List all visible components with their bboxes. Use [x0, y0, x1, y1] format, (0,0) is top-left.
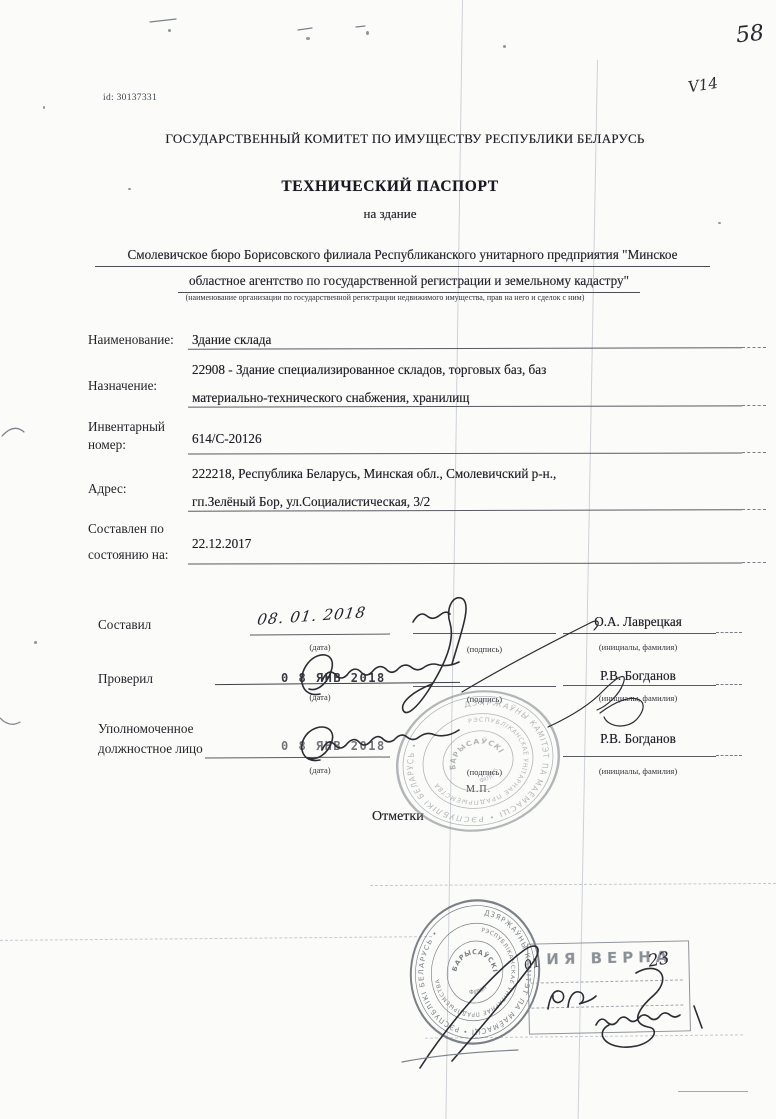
- vertical-crease-left: [445, 0, 463, 1119]
- checker-name: Р.В. Богданов: [563, 668, 713, 684]
- horizontal-crease-bottom: [425, 1034, 743, 1038]
- signature-compiler: [413, 612, 450, 622]
- signature-role-checker: Проверил: [98, 671, 153, 687]
- speck: [503, 45, 506, 48]
- document-id: id: 30137331: [103, 93, 157, 103]
- field-label-inventory-line1: Инвентарный: [88, 419, 165, 435]
- signature-rule: [413, 633, 556, 634]
- margin-mark-upper: [2, 428, 24, 436]
- field-rule: [188, 347, 742, 349]
- svg-text:ФІЛІЯЛ: ФІЛІЯЛ: [468, 983, 488, 999]
- field-label-compiled-line2: состоянию на:: [88, 547, 168, 563]
- speck: [43, 106, 45, 109]
- horizontal-crease-left: [0, 936, 432, 941]
- name-rule-dash: [716, 755, 742, 756]
- organization-name-line2: областное агентство по государственной р…: [178, 273, 640, 293]
- caption-signature: (подпись): [413, 694, 556, 704]
- svg-text:РЭСПУБЛІКАНСКАЕ УНІТАРНАЕ ПРАД: РЭСПУБЛІКАНСКАЕ УНІТАРНАЕ ПРАДПРЫЕМСТВА: [430, 922, 522, 1023]
- field-value-purpose-line2: материально-технического снабжения, хран…: [192, 390, 469, 406]
- svg-text:БАРЫСАЎСКІ: БАРЫСАЎСКІ: [451, 944, 502, 979]
- field-value-address-line2: гп.Зелёный Бор, ул.Социалистическая, 3/2: [192, 494, 430, 510]
- seal-placeholder-mp: М.П.: [466, 784, 491, 795]
- faint-underline-bottom: [402, 1050, 518, 1062]
- document-subtitle: на здание: [0, 206, 776, 222]
- horizontal-crease-right: [370, 883, 776, 886]
- caption-initials: (инициалы, фамилия): [563, 693, 713, 703]
- field-rule-dash: [742, 347, 766, 348]
- margin-mark-lower: [0, 718, 20, 724]
- field-value-purpose-line1: 22908 - Здание специализированное складо…: [192, 362, 546, 378]
- official-name: Р.В. Богданов: [563, 731, 713, 747]
- field-value-address-line1: 222218, Республика Беларусь, Минская обл…: [192, 466, 556, 482]
- caption-initials: (инициалы, фамилия): [563, 642, 713, 652]
- name-rule: [563, 633, 716, 634]
- caption-initials: (инициалы, фамилия): [563, 766, 713, 776]
- field-rule: [188, 453, 742, 455]
- name-rule-dash: [716, 684, 742, 685]
- bottom-right-line: [678, 1091, 748, 1092]
- caption-signature: (подпись): [413, 767, 556, 777]
- organization-caption: (наименование организации по государстве…: [60, 293, 710, 302]
- handwriting-surname-cross: [694, 1006, 702, 1028]
- date-rule: [250, 634, 390, 636]
- field-value-inventory: 614/С-20126: [192, 431, 262, 447]
- handwritten-number: 23: [646, 948, 671, 971]
- speck: [34, 641, 37, 644]
- caption-date: (дата): [250, 642, 390, 652]
- field-value-name: Здание склада: [192, 332, 271, 348]
- speck: [718, 222, 721, 224]
- field-rule: [188, 405, 742, 407]
- handwritten-folio-mark: V14: [687, 74, 719, 96]
- top-edge-smudges: [150, 19, 365, 30]
- caption-date: (дата): [250, 765, 390, 775]
- handwritten-page-number: 58: [735, 21, 765, 49]
- field-rule-dash: [742, 509, 766, 510]
- field-rule-dash: [742, 405, 766, 406]
- copy-stamp-rule: [531, 979, 683, 983]
- field-rule-dash: [742, 562, 766, 563]
- committee-title: ГОСУДАРСТВЕННЫЙ КОМИТЕТ ПО ИМУЩЕСТВУ РЕС…: [60, 131, 750, 147]
- speck: [366, 31, 369, 35]
- date-stamp-official: 0 8 ЯНВ 2018: [281, 739, 386, 753]
- document-title: ТЕХНИЧЕСКИЙ ПАСПОРТ: [0, 178, 776, 196]
- marks-section-title: Отметки: [372, 809, 424, 825]
- signature-role-official-line2: должностное лицо: [98, 741, 203, 757]
- date-rule: [205, 757, 390, 759]
- svg-text:РЭСПУБЛІКАНСКАЕ УНІТАРНАЕ ПРАД: РЭСПУБЛІКАНСКАЕ УНІТАРНАЕ ПРАДПРЫЕМСТВА: [419, 706, 538, 815]
- copy-stamp-rule: [531, 1004, 683, 1008]
- field-value-compiled-date: 22.12.2017: [192, 536, 251, 552]
- field-label-purpose: Назначение:: [88, 378, 157, 394]
- caption-date: (дата): [250, 692, 390, 702]
- field-label-compiled-line1: Составлен по: [88, 521, 164, 537]
- name-rule: [563, 685, 716, 686]
- signature-rule: [413, 686, 556, 687]
- field-rule: [188, 509, 742, 511]
- field-label-address: Адрес:: [88, 481, 127, 497]
- field-rule-dash: [742, 452, 766, 453]
- handwritten-date-compiler: 08. 01. 2018: [256, 603, 367, 628]
- scanned-technical-passport-page: 58 V14 id: 30137331 ГОСУДАРСТВЕННЫЙ КОМИ…: [0, 0, 776, 1119]
- field-label-inventory-line2: номер:: [88, 437, 126, 453]
- signature-role-official-line1: Уполномоченное: [98, 721, 193, 737]
- svg-text:ДЗЯРЖАЎНЫ КАМІТЭТ ПА МАЁМАСЦІ: ДЗЯРЖАЎНЫ КАМІТЭТ ПА МАЁМАСЦІ • РЭСПУБЛІ…: [407, 899, 542, 1046]
- speck: [306, 37, 310, 40]
- name-rule-dash: [716, 632, 742, 633]
- organization-name-line1: Смолевичское бюро Борисовского филиала Р…: [95, 247, 710, 267]
- handwriting-bottom-flourish: [420, 946, 538, 1068]
- field-rule: [188, 563, 742, 565]
- speck: [168, 29, 171, 32]
- name-rule: [563, 756, 716, 757]
- signature-role-compiler: Составил: [98, 617, 151, 633]
- field-label-name: Наименование:: [88, 332, 174, 348]
- compiler-name: О.А. Лаврецкая: [563, 614, 713, 630]
- caption-signature: (подпись): [413, 644, 556, 654]
